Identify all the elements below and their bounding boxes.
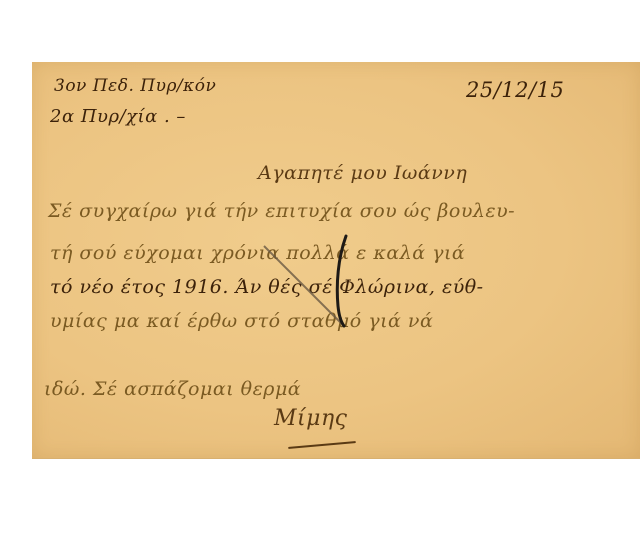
body-line-3: τό νέο έτος 1916. Άν θές σέ Φλώρινα, εύθ… <box>50 276 484 298</box>
letter-date: 25/12/15 <box>466 78 564 102</box>
body-line-1: Σέ συγχαίρω γιά τήν επιτυχία σου ώς βουλ… <box>48 200 515 222</box>
signature: Μίμης <box>274 406 347 431</box>
header-battery-line: 2α Πυρ/χία . – <box>50 106 186 127</box>
signature-underline <box>288 441 356 449</box>
body-line-4: υμίας μα καί έρθω στό σταθμό γιά νά <box>50 310 433 332</box>
header-unit-line: 3ον Πεδ. Πυρ/κόν <box>54 76 216 96</box>
postcard: 3ον Πεδ. Πυρ/κόν 2α Πυρ/χία . – 25/12/15… <box>32 62 640 459</box>
scan-background: 3ον Πεδ. Πυρ/κόν 2α Πυρ/χία . – 25/12/15… <box>0 0 640 559</box>
body-line-5: ιδώ. Σέ ασπάζομαι θερμά <box>44 378 301 400</box>
letter-greeting: Αγαπητέ μου Ιωάννη <box>258 162 467 184</box>
body-line-2: τή σού εύχομαι χρόνια πολλά ε καλά γιά <box>50 242 465 264</box>
